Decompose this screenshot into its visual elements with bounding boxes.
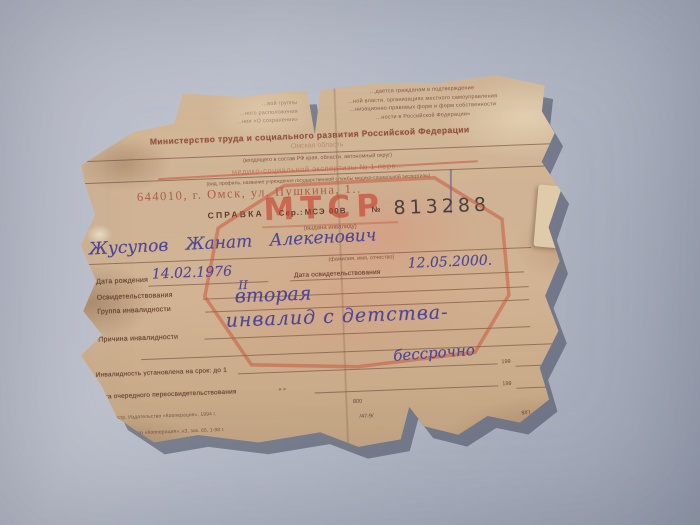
group-value: вторая (234, 283, 311, 308)
certificate-paper: …вой группы …ного расположения …нии «О с… (45, 68, 605, 481)
birth-date-label: Дата рождения (96, 277, 148, 286)
term-label: Инвалидность установлена на срок: до 1 (96, 367, 228, 379)
term-value: бессрочно (393, 341, 476, 365)
next-exam-underline (315, 385, 499, 393)
imprint-line: © Констр. Издательство «Кооперация», 199… (103, 405, 345, 422)
section-rule (141, 343, 561, 360)
series-value: МСЭ 00В (304, 206, 346, 217)
print-run-count: 800 (353, 399, 362, 405)
group-label: Группа инвалидности (97, 306, 171, 316)
header-fragment-right: …дается гражданам в подтверждение …ной в… (297, 81, 548, 125)
photo-scene: …вой группы …ного расположения …нии «О с… (0, 0, 700, 525)
certificate-number: 813288 (393, 194, 490, 220)
series-label: Сер.: (278, 208, 303, 218)
reason-label: Причина инвалидности (98, 334, 178, 344)
imprint-right-mark: 9/П (521, 410, 530, 416)
next-exam-label: Дата очередного переосвидетельствования (96, 388, 236, 400)
imprint-line: 103009, Москва, ул. Б. Дмитровка, 11/8, … (105, 453, 347, 470)
term-underline (238, 363, 498, 374)
number-sign: № (371, 205, 381, 214)
paper-surface: …вой группы …ного расположения …нии «О с… (45, 68, 605, 481)
survey-label: Освидетельствования (97, 292, 173, 302)
birth-date-value: 14.02.1976 (152, 264, 233, 283)
certificate-title: СПРАВКА (207, 208, 264, 220)
header-fragment-left: …вой группы …ного расположения …нии «О с… (177, 99, 298, 129)
next-exam-quotes: « » (278, 387, 286, 393)
term-year: 199 (501, 359, 510, 365)
exam-date-value: 12.05.2000. (407, 253, 492, 272)
next-year-line (517, 386, 549, 388)
imprint-code: /47-9/ (359, 413, 373, 420)
next-exam-year: 199 (502, 381, 511, 387)
